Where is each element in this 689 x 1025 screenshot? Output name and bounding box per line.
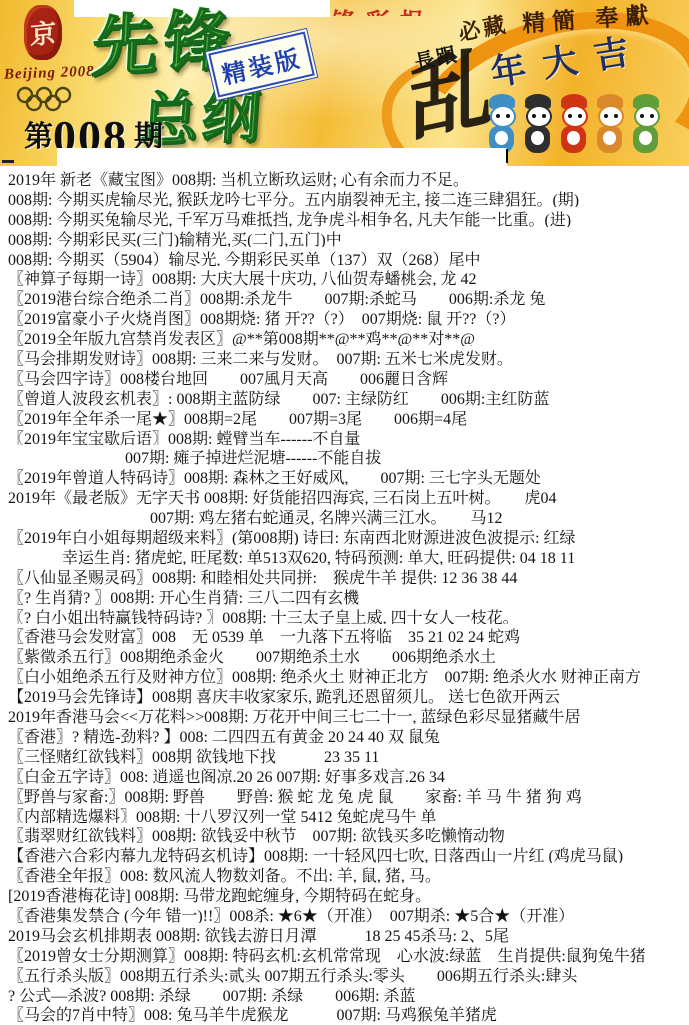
text-line: 〖白金五字诗〗008: 逍遥也阁凉.20 26 007期: 好事多戏言.26 3… xyxy=(0,764,689,784)
text-line: 008期: 今期买兔输尽光, 千军万马难抵挡, 龙争虎斗相争名, 凡夫乍能一比重… xyxy=(0,207,689,227)
text-line: 008期: 今期买（5904）输尽光, 今期彩民买单（137）双（268）尾中 xyxy=(0,247,689,267)
text-line: 〖紫徵杀五行〗008期绝杀金火 007期绝杀土水 006期绝杀水土 xyxy=(0,644,689,664)
text-line: 2019年 新老《藏宝图》008期: 当机立断玖运财; 心有余而力不足。 xyxy=(0,167,689,187)
text-line: 2019年香港马会<<万花料>>008期: 万花开中间三七二十一, 蓝绿色彩尽显… xyxy=(0,704,689,724)
text-line: 幸运生肖: 猪虎蛇, 旺尾数: 单513双620, 特码预测: 单大, 旺码提供… xyxy=(0,545,689,565)
text-line: 〖2019曾女士分期测算〗008期: 特码玄机:玄机常常现 心水波:绿蓝 生肖提… xyxy=(0,943,689,963)
text-line: 〖香港集发禁合 (今年 错一)!!〗008杀: ★6★（开准） 007期杀: ★… xyxy=(0,903,689,923)
text-line: 〖2019年曾道人特码诗〗008期: 森林之王好威风, 007期: 三七字头无题… xyxy=(0,465,689,485)
text-line: 2019马会玄机排期表 008期: 欲钱去游日月潭 18 25 45杀马: 2、… xyxy=(0,923,689,943)
seal-dancer-glyph: 京 xyxy=(30,13,56,53)
text-line: 〖香港〗? 精选-劲料? 】008: 二四四五有黄金 20 24 40 双 鼠兔 xyxy=(0,724,689,744)
dash-mark xyxy=(2,160,14,163)
text-line: 〖2019年全年杀一尾★〗008期=2尾 007期=3尾 006期=4尾 xyxy=(0,406,689,426)
mascot-yingying-icon xyxy=(594,94,626,158)
text-line: 〖野兽与家畜:〗008期: 野兽 野兽: 猴 蛇 龙 兔 虎 鼠 家畜: 羊 马… xyxy=(0,784,689,804)
text-line: 007期: 瘫子掉进烂泥塘------不能自拔 xyxy=(0,445,689,465)
text-line: 008期: 今期彩民买(三门)输精光,买(二门,五门)中 xyxy=(0,227,689,247)
text-line: 2019年《最老版》无字天书 008期: 好货能招四海宾, 三石岗上五叶树。 虎… xyxy=(0,485,689,505)
text-line: 〖翡翠财红欲钱料〗008期: 欲钱妥中秋节 007期: 欲钱买多吃懒惰动物 xyxy=(0,823,689,843)
text-line: 〖马会四字诗〗008楼台地回 007風月天高 006麗日含辉 xyxy=(0,366,689,386)
masthead-header: 先锋彩报 京 Beijing 2008 先锋 总纲 第008期 精装版 必藏 精… xyxy=(0,0,689,166)
text-line: 〖香港全年报〗008: 数风流人物数刘备。不出: 羊, 鼠, 猪, 马。 xyxy=(0,863,689,883)
text-line: 〖神算子每期一诗〗008期: 大庆大展十庆功, 八仙贺寿蟠桃会, 龙 42 xyxy=(0,266,689,286)
text-line: 〖? 白小姐出特赢钱特码诗? 〗008期: 十三太子皇上威, 四十女人一枝花。 xyxy=(0,605,689,625)
text-line: 〖曾道人波段玄机表〗: 008期主蓝防绿 007: 主绿防红 006期:主红防蓝 xyxy=(0,386,689,406)
text-line: 〖马会的7肖中特〗008: 兔马羊牛虎猴龙 007期: 马鸡猴兔羊猪虎 xyxy=(0,1002,689,1022)
text-line: 〖2019年白小姐每期超级来料〗(第008期) 诗曰: 东南西北财源进波色波提示… xyxy=(0,525,689,545)
text-line: 〖? 生肖猜? 〗008期: 开心生肖猜: 三八二四有玄機 xyxy=(0,585,689,605)
body-lines: 2019年 新老《藏宝图》008期: 当机立断玖运财; 心有余而力不足。008期… xyxy=(0,167,689,1022)
text-line: 【2019马会先锋诗】008期 喜庆丰收家家乐, 跪乳还恩留须儿。 送七色欲开两… xyxy=(0,684,689,704)
text-line: 〖2019全年版九宫禁肖发表区〗@**第008期**@**鸡**@**对**@ xyxy=(0,326,689,346)
mascot-nini-icon xyxy=(630,94,662,158)
text-line: 008期: 今期买虎输尽光, 猴跃龙吟七平分。五内崩裂神无主, 接二连三肆猖狂。… xyxy=(0,187,689,207)
text-line: ? 公式—杀波? 008期: 杀绿 007期: 杀绿 006期: 杀蓝 xyxy=(0,983,689,1003)
text-line: 007期: 鸡左猪右蛇通灵, 名牌兴满三江水。 马12 xyxy=(0,505,689,525)
text-line: 〖三怪赌红欲钱料〗008期 欲钱地下找 23 35 11 xyxy=(0,744,689,764)
issue-prefix: 第 xyxy=(24,121,53,153)
white-patch-bottom xyxy=(57,148,507,166)
text-line: 〖马会排期发财诗〗008期: 三来二来与发财。 007期: 五米七米虎发财。 xyxy=(0,346,689,366)
beijing-olympic-seal-icon: 京 xyxy=(24,5,62,60)
text-line: 〖白小姐绝杀五行及财神方位〗008期: 绝杀火土 财神正北方 007期: 绝杀火… xyxy=(0,664,689,684)
fuwa-mascots-group xyxy=(486,94,686,162)
text-line: 〖2019富豪小子火烧肖图〗008期烧: 猪 开??（?） 007期烧: 鼠 开… xyxy=(0,306,689,326)
mascot-jingjing-icon xyxy=(522,94,554,158)
text-line: 〖2019港台综合绝杀二肖〗008期:杀龙牛 007期:杀蛇马 006期:杀龙 … xyxy=(0,286,689,306)
text-line: 〖八仙显圣赐灵码〗008期: 和睦相处共同拼: 猴虎牛羊 提供: 12 36 3… xyxy=(0,565,689,585)
calligraphy-glyph: 乱 xyxy=(409,42,493,148)
tick-mark xyxy=(506,149,508,163)
text-line: 〖香港马会发财富〗008 无 0539 单 一九落下五将临 35 21 02 2… xyxy=(0,624,689,644)
lottery-sheet-page: 先锋彩报 京 Beijing 2008 先锋 总纲 第008期 精装版 必藏 精… xyxy=(0,0,689,1025)
text-line: 〖2019年宝宝歇后语〗008期: 螳臂当车------不自量 xyxy=(0,426,689,446)
mascot-huanhuan-icon xyxy=(558,94,590,158)
text-line: 〖内部精选爆料〗008期: 十八罗汉列一堂 5412 兔蛇虎马牛 单 xyxy=(0,804,689,824)
text-line: 【香港六合彩内幕九龙特码玄机诗】008期: 一十轻风四七吹, 日落西山一片红 (… xyxy=(0,843,689,863)
text-line: [2019香港梅花诗] 008期: 马带龙跑蛇缠身, 今期特码在蛇身。 xyxy=(0,883,689,903)
text-line: 〖五行杀头版〗008期五行杀头:贰头 007期五行杀头:零头 006期五行杀头:… xyxy=(0,963,689,983)
